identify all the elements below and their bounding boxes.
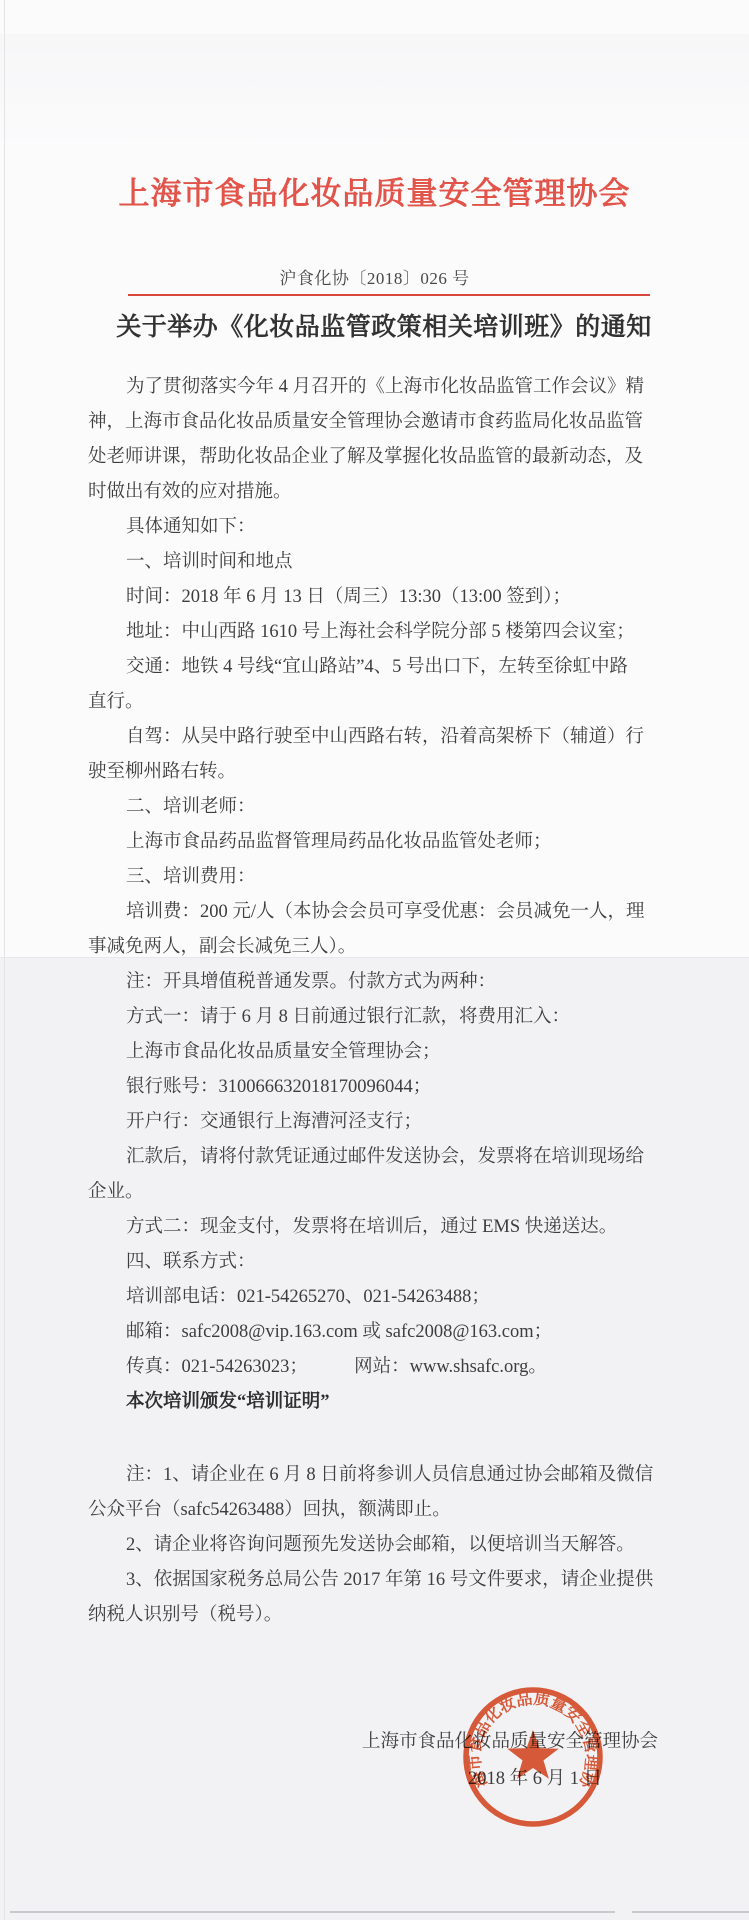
association-title: 上海市食品化妆品质量安全管理协会	[0, 168, 749, 213]
body-line: 驶至柳州路右转。	[88, 755, 666, 790]
body-line: 上海市食品药品监督管理局药品化妆品监管处老师；	[88, 825, 666, 860]
body-line: 注：1、请企业在 6 月 8 日前将参训人员信息通过协会邮箱及微信	[88, 1458, 666, 1493]
body-line: 一、培训时间和地点	[88, 545, 666, 580]
body-line: 神，上海市食品化妆品质量安全管理协会邀请市食药监局化妆品监管	[88, 405, 666, 440]
body-line: 方式二：现金支付，发票将在培训后，通过 EMS 快递送达。	[88, 1210, 666, 1245]
body-line: 四、联系方式：	[88, 1245, 666, 1280]
body-line: 自驾：从吴中路行驶至中山西路右转，沿着高架桥下（辅道）行	[88, 720, 666, 755]
official-seal-stamp: 上海市食品化妆品质量安全管理协会	[459, 1683, 607, 1831]
scan-bottom-edge-line	[10, 1911, 615, 1913]
body-line: 注：开具增值税普通发票。付款方式为两种：	[88, 965, 666, 1000]
body-line: 上海市食品化妆品质量安全管理协会；	[88, 1035, 666, 1070]
body-line: 培训费：200 元/人（本协会会员可享受优惠：会员减免一人，理	[88, 895, 666, 930]
notice-title: 关于举办《化妆品监管政策相关培训班》的通知	[88, 307, 680, 343]
notice-document: 上海市食品化妆品质量安全管理协会 沪食化协〔2018〕026 号 关于举办《化妆…	[0, 0, 749, 1920]
body-line: 培训部电话：021-54265270、021-54263488；	[88, 1280, 666, 1315]
body-line: 3、依据国家税务总局公告 2017 年第 16 号文件要求，请企业提供	[88, 1563, 666, 1598]
body-lines: 为了贯彻落实今年 4 月召开的《上海市化妆品监管工作会议》精神，上海市食品化妆品…	[88, 370, 666, 1633]
red-divider-rule	[128, 294, 650, 296]
body-line: 企业。	[88, 1175, 666, 1210]
body-line: 传真：021-54263023； 网站：www.shsafc.org。	[88, 1350, 666, 1385]
body-line: 开户行：交通银行上海漕河泾支行；	[88, 1105, 666, 1140]
seal-star-icon	[507, 1730, 558, 1779]
document-number: 沪食化协〔2018〕026 号	[0, 264, 749, 289]
body-line: 本次培训颁发“培训证明”	[88, 1385, 666, 1420]
body-line: 银行账号：310066632018170096044；	[88, 1070, 666, 1105]
scan-bottom-edge-line	[632, 1911, 749, 1913]
body-line: 为了贯彻落实今年 4 月召开的《上海市化妆品监管工作会议》精	[88, 370, 666, 405]
scan-artifact-top	[0, 34, 749, 149]
body-line: 汇款后，请将付款凭证通过邮件发送协会，发票将在培训现场给	[88, 1140, 666, 1175]
seal-text: 上海市食品化妆品质量安全管理协会	[459, 1683, 601, 1791]
body-line: 邮箱：safc2008@vip.163.com 或 safc2008@163.c…	[88, 1315, 666, 1350]
body-line: 纳税人识别号（税号）。	[88, 1598, 666, 1633]
body-line: 交通：地铁 4 号线“宜山路站”4、5 号出口下，左转至徐虹中路	[88, 650, 666, 685]
body-line: 三、培训费用：	[88, 860, 666, 895]
body-line: 具体通知如下：	[88, 510, 666, 545]
body-line: 方式一：请于 6 月 8 日前通过银行汇款，将费用汇入：	[88, 1000, 666, 1035]
body-line: 地址：中山西路 1610 号上海社会科学院分部 5 楼第四会议室；	[88, 615, 666, 650]
body-line: 2、请企业将咨询问题预先发送协会邮箱，以便培训当天解答。	[88, 1528, 666, 1563]
body-line: 时间：2018 年 6 月 13 日（周三）13:30（13:00 签到）；	[88, 580, 666, 615]
body-line: 二、培训老师：	[88, 790, 666, 825]
body-line: 直行。	[88, 685, 666, 720]
body-line: 事减免两人，副会长减免三人）。	[88, 930, 666, 965]
seal-svg: 上海市食品化妆品质量安全管理协会	[459, 1683, 607, 1831]
body-line: 时做出有效的应对措施。	[88, 475, 666, 510]
body-line: 处老师讲课，帮助化妆品企业了解及掌握化妆品监管的最新动态，及	[88, 440, 666, 475]
body-line: 公众平台（safc54263488）回执，额满即止。	[88, 1493, 666, 1528]
